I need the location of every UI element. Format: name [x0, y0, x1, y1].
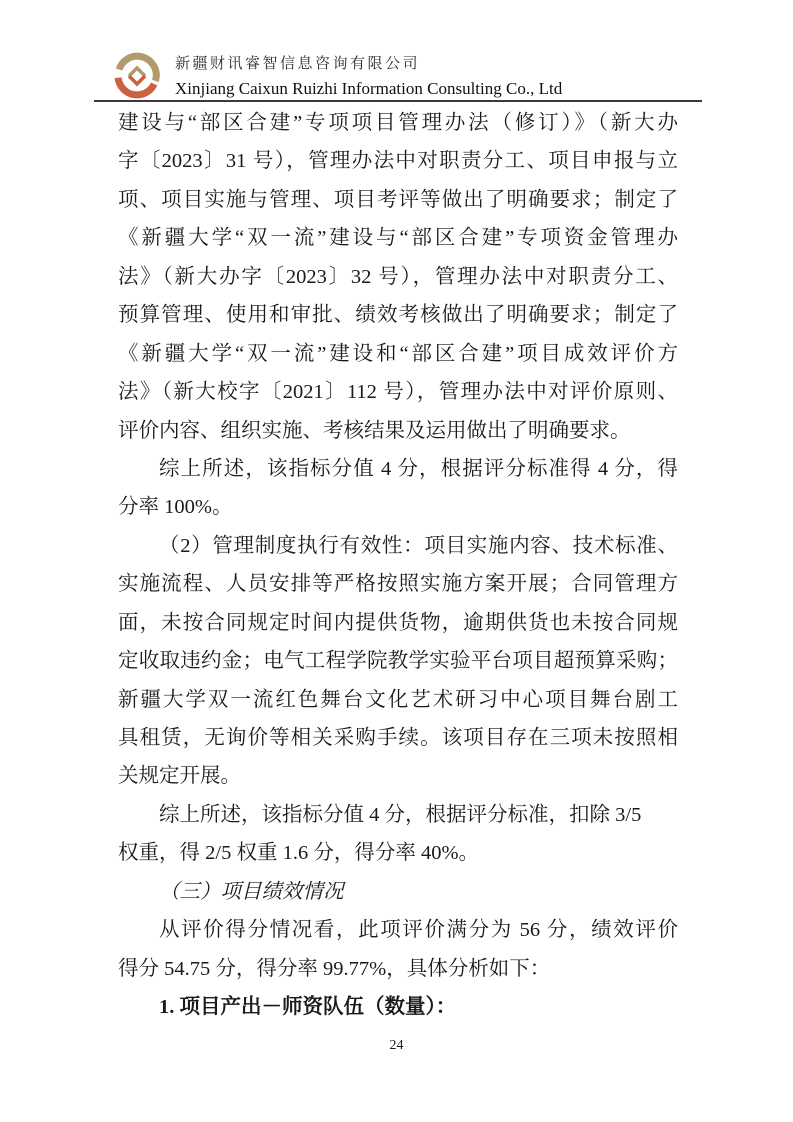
body-line: 法》（新大办字〔2023〕32 号），管理办法中对职责分工、 [118, 258, 678, 296]
body-line: 实施流程、人员安排等严格按照实施方案开展；合同管理方 [118, 565, 678, 603]
body-line: （2）管理制度执行有效性：项目实施内容、技术标准、 [118, 527, 678, 565]
document-body: 建设与“部区合建”专项项目管理办法（修订）》（新大办字〔2023〕31 号），管… [118, 104, 678, 1027]
body-line: 具租赁，无询价等相关采购手续。该项目存在三项未按照相 [118, 719, 678, 757]
body-line: 定收取违约金；电气工程学院教学实验平台项目超预算采购； [118, 642, 678, 680]
body-line: 分率 100%。 [118, 488, 678, 526]
logo-diamond-bottom [129, 76, 145, 84]
body-line: 字〔2023〕31 号），管理办法中对职责分工、项目申报与立 [118, 142, 678, 180]
company-name-zh: 新疆财讯睿智信息咨询有限公司 [175, 52, 635, 76]
logo-arc-bottom [118, 78, 154, 95]
body-line: （三）项目绩效情况 [118, 873, 678, 911]
body-line: 《新疆大学“双一流”建设与“部区合建”专项资金管理办 [118, 219, 678, 257]
body-line: 预算管理、使用和审批、绩效考核做出了明确要求；制定了 [118, 296, 678, 334]
page-footer: 24 [0, 1036, 793, 1054]
body-line: 综上所述，该指标分值 4 分，根据评分标准，扣除 3/5 [118, 796, 678, 834]
logo-diamond-top [129, 68, 145, 76]
company-logo-icon [111, 50, 163, 102]
body-line: 面，未按合同规定时间内提供货物，逾期供货也未按合同规 [118, 604, 678, 642]
body-line: 综上所述，该指标分值 4 分，根据评分标准得 4 分，得 [118, 450, 678, 488]
body-line: 得分 54.75 分，得分率 99.77%，具体分析如下： [118, 950, 678, 988]
page-number: 24 [390, 1038, 404, 1053]
body-line: 法》（新大校字〔2021〕112 号），管理办法中对评价原则、 [118, 373, 678, 411]
header-divider [94, 100, 702, 102]
body-line: 1. 项目产出－师资队伍（数量）： [118, 988, 678, 1026]
body-line: 新疆大学双一流红色舞台文化艺术研习中心项目舞台剧工 [118, 681, 678, 719]
document-page: 新疆财讯睿智信息咨询有限公司 Xinjiang Caixun Ruizhi In… [0, 0, 793, 1122]
body-line: 项、项目实施与管理、项目考评等做出了明确要求；制定了 [118, 181, 678, 219]
company-names: 新疆财讯睿智信息咨询有限公司 Xinjiang Caixun Ruizhi In… [175, 52, 635, 102]
body-line: 权重，得 2/5 权重 1.6 分，得分率 40%。 [118, 834, 678, 872]
body-line: 《新疆大学“双一流”建设和“部区合建”项目成效评价方 [118, 335, 678, 373]
body-line: 评价内容、组织实施、考核结果及运用做出了明确要求。 [118, 412, 678, 450]
body-line: 建设与“部区合建”专项项目管理办法（修订）》（新大办 [118, 104, 678, 142]
company-name-en: Xinjiang Caixun Ruizhi Information Consu… [175, 76, 635, 102]
body-line: 关规定开展。 [118, 757, 678, 795]
body-line: 从评价得分情况看，此项评价满分为 56 分，绩效评价 [118, 911, 678, 949]
